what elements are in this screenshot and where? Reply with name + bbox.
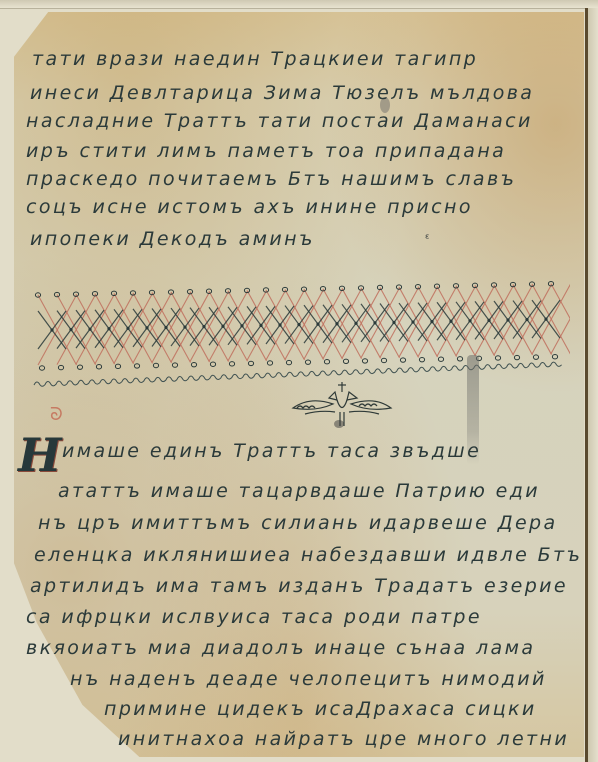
text-line: еленцка иклянишиеа набездавши идвле Бтъ	[34, 544, 582, 566]
text-line: артилидъ има тамъ изданъ Традатъ езерие	[30, 575, 568, 597]
text-line: нъ наденъ деаде челопецитъ нимодий	[70, 668, 547, 690]
text-line: ататтъ имаше тацарвдаше Патрию еди	[58, 480, 540, 502]
text-line: са ифрцки ислвуиса таса роди патре	[26, 606, 482, 628]
text-line: примине цидекъ исаДрахаса сицки	[104, 698, 537, 720]
text-line: инитнахоа найратъ цре много летни	[118, 728, 569, 750]
paragraph-2: имаше единъ Траттъ таса звъдше ататтъ им…	[0, 0, 598, 762]
text-line: имаше единъ Траттъ таса звъдше	[62, 440, 481, 462]
text-line: нъ цръ имиттъмъ силиань идарвеше Дера	[38, 512, 558, 534]
text-line: вкяоиатъ миа диадолъ инаце сънаа лама	[26, 637, 535, 659]
